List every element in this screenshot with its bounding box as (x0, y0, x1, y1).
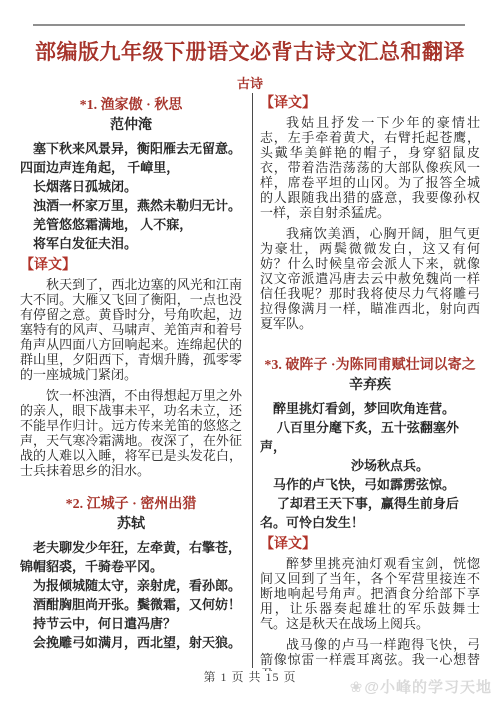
document-page: 部编版九年级下册语文必背古诗文汇总和翻译 古诗 *1. 渔家傲 · 秋思 范仲淹… (0, 0, 500, 707)
translation-paragraph: 战马像的卢马一样跑得飞快，弓箭像惊雷一样震耳离弦。我一心想替君 (260, 637, 480, 671)
poem2-title: *2. 江城子 · 密州出猎 (20, 496, 242, 514)
poem-line: 醉里挑灯看剑，梦回吹角连营。 (260, 399, 480, 418)
poem3-text: 醉里挑灯看剑，梦回吹角连营。 八百里分麾下炙，五十弦翻塞外声， 沙场秋点兵。 马… (260, 399, 480, 532)
poem-line: 塞下秋来风景异，衡阳雁去无留意。 (20, 139, 242, 158)
translation-paragraph: 我痛饮美酒，心胸开阔，胆气更为豪壮，两鬓微微发白，这又有何妨？什么时候皇帝会派人… (260, 226, 480, 331)
poem1-author: 范仲淹 (20, 117, 242, 135)
poem-line: 长烟落日孤城闭。 (20, 177, 242, 196)
translation-label: 【译文】 (260, 95, 480, 113)
poem-line: 酒酣胸胆尚开张。鬓微霜，又何妨！ (20, 595, 242, 614)
poem1-text: 塞下秋来风景异，衡阳雁去无留意。 四面边声连角起， 千嶂里， 长烟落日孤城闭。 … (20, 139, 242, 253)
translation-label: 【译文】 (20, 257, 242, 275)
poem-line: 持节云中，何日遣冯唐？ (20, 614, 242, 633)
top-rule (33, 24, 465, 26)
two-column-body: *1. 渔家傲 · 秋思 范仲淹 塞下秋来风景异，衡阳雁去无留意。 四面边声连角… (20, 93, 480, 671)
poem-line: 老夫聊发少年狂，左牵黄，右擎苍，锦帽貂裘，千骑卷平冈。 (20, 538, 242, 576)
poem-line: 马作的卢飞快，弓如霹雳弦惊。 (260, 475, 480, 494)
section-subtitle: 古诗 (0, 73, 500, 92)
poem-line: 沙场秋点兵。 (260, 456, 480, 475)
translation-paragraph: 醉梦里挑亮油灯观看宝剑，恍惚间又回到了当年，各个军营里接连不断地响起号角声。把酒… (260, 556, 480, 631)
poem-line: 浊酒一杯家万里，燕然未勒归无计。 (20, 196, 242, 215)
translation-label: 【译文】 (260, 536, 480, 554)
poem-line: 八百里分麾下炙，五十弦翻塞外声， (260, 418, 480, 456)
translation-paragraph: 饮一杯浊酒，不由得想起万里之外的亲人，眼下战事未平，功名未立，还不能早作归计。远… (20, 388, 242, 478)
poem1-title: *1. 渔家傲 · 秋思 (20, 97, 242, 115)
page-title: 部编版九年级下册语文必背古诗文汇总和翻译 (0, 36, 500, 66)
poem-line: 将军白发征夫泪。 (20, 234, 242, 253)
left-column: *1. 渔家傲 · 秋思 范仲淹 塞下秋来风景异，衡阳雁去无留意。 四面边声连角… (20, 93, 250, 671)
poem3-author: 辛弃疾 (260, 377, 480, 395)
poem-line: 羌管悠悠霜满地， 人不寐， (20, 215, 242, 234)
translation-paragraph: 秋天到了，西北边塞的风光和江南大不同。大雁又飞回了衡阳，一点也没有停留之意。黄昏… (20, 277, 242, 382)
watermark-flower-icon: ❀ (350, 679, 364, 696)
poem-line: 为报倾城随太守，亲射虎，看孙郎。 (20, 576, 242, 595)
watermark: ❀@小峰的学习天地 (350, 676, 492, 697)
translation-paragraph: 我姑且抒发一下少年的豪情壮志，左手牵着黄犬，右臂托起苍鹰，头戴华美鲜艳的帽子，身… (260, 115, 480, 220)
poem-line: 了却君王天下事，赢得生前身后名。可怜白发生！ (260, 494, 480, 532)
watermark-text: @小峰的学习天地 (364, 679, 492, 696)
poem-line: 会挽雕弓如满月，西北望，射天狼。 (20, 633, 242, 652)
poem3-title: *3. 破阵子 ·为陈同甫赋壮词以寄之 (260, 357, 480, 375)
right-column: 【译文】 我姑且抒发一下少年的豪情壮志，左手牵着黄犬，右臂托起苍鹰，头戴华美鲜艳… (250, 93, 480, 671)
poem-line: 四面边声连角起， 千嶂里， (20, 158, 242, 177)
poem2-author: 苏轼 (20, 516, 242, 534)
poem2-text: 老夫聊发少年狂，左牵黄，右擎苍，锦帽貂裘，千骑卷平冈。 为报倾城随太守，亲射虎，… (20, 538, 242, 652)
